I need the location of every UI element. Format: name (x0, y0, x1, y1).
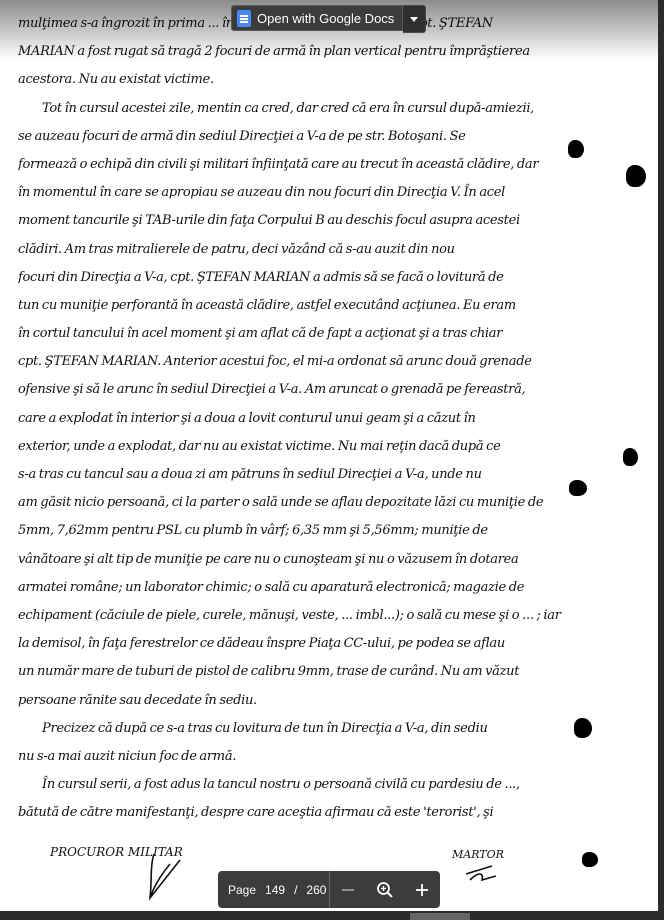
plus-icon (415, 883, 429, 897)
zoom-in-button[interactable] (411, 879, 433, 901)
text-line: MARIAN a fost rugat să tragă 2 focuri de… (18, 38, 618, 66)
magnifier-zoom-icon (376, 881, 394, 899)
text-line: care a explodat în interior şi a doua a … (18, 405, 618, 433)
zoom-out-button[interactable] (337, 879, 359, 901)
text-line: se auzeau focuri de armă din sediul Dire… (18, 123, 618, 151)
text-line: nu s-a mai auzit niciun foc de armă. (18, 743, 618, 771)
ink-blot (574, 718, 592, 738)
document-page: mulţimea s-a îngrozit în prima ... în mo… (0, 0, 658, 911)
text-line: armatei române; un laborator chimic; o s… (18, 574, 618, 602)
page-indicator: Page 149 / 260 (218, 871, 330, 908)
text-line: echipament (căciule de piele, curele, mă… (18, 602, 618, 630)
text-line: în cortul tancului în acel moment şi am … (18, 320, 618, 348)
text-line: cpt. ŞTEFAN MARIAN. Anterior acestui foc… (18, 348, 618, 376)
scrollbar-thumb[interactable] (410, 913, 470, 920)
open-with-google-docs-button[interactable]: Open with Google Docs (231, 5, 403, 31)
text-line: acestora. Nu au existat victime. (18, 66, 618, 94)
open-with-group: Open with Google Docs (231, 5, 426, 31)
ink-blot (626, 165, 646, 187)
fit-zoom-button[interactable] (374, 879, 396, 901)
text-line: un număr mare de tuburi de pistol de cal… (18, 658, 618, 686)
text-line: persoane rănite sau decedate în sediu. (18, 687, 618, 715)
page-toolbar: Page 149 / 260 (218, 871, 440, 908)
text-line: În cursul serii, a fost adus la tancul n… (18, 771, 618, 799)
text-line: ofensive şi să le arunc în sediul Direcţ… (18, 376, 618, 404)
text-line: formează o echipă din civili şi militari… (18, 151, 618, 179)
caret-down-icon (410, 17, 418, 22)
text-line: exterior, unde a explodat, dar nu au exi… (18, 433, 618, 461)
text-line: Tot în cursul acestei zile, mentin ca cr… (18, 95, 618, 123)
vertical-scrollbar[interactable] (658, 0, 664, 920)
open-with-label: Open with Google Docs (257, 11, 394, 26)
text-line: focuri din Direcţia a V-a, cpt. ŞTEFAN M… (18, 264, 618, 292)
page-separator: / (294, 883, 297, 897)
ink-blot (569, 480, 587, 496)
open-with-dropdown-button[interactable] (403, 5, 426, 33)
handwritten-text: mulţimea s-a îngrozit în prima ... în mo… (18, 10, 618, 827)
google-docs-icon (237, 10, 251, 27)
text-line: 5mm, 7,62mm pentru PSL cu plumb în vârf;… (18, 517, 618, 545)
horizontal-scrollbar[interactable] (0, 911, 664, 920)
text-line: tun cu muniţie perforantă în această clă… (18, 292, 618, 320)
total-pages: 260 (306, 883, 326, 897)
signature-scribble-prosecutor (140, 846, 200, 906)
text-line: bătută de către manifestanţi, despre car… (18, 799, 618, 827)
text-line: la demisol, în faţa ferestrelor ce dădea… (18, 630, 618, 658)
ink-blot (568, 140, 584, 158)
page-label: Page (228, 883, 256, 897)
text-line: Precizez că după ce s-a tras cu lovitura… (18, 715, 618, 743)
text-line: am găsit nicio persoană, ci la parter o … (18, 489, 618, 517)
text-line: s-a tras cu tancul sau a doua zi am pătr… (18, 461, 618, 489)
minus-icon (341, 883, 355, 897)
ink-blot (582, 852, 598, 867)
signature-scribble-witness (462, 860, 502, 885)
text-line: moment tancurile şi TAB-urile din faţa C… (18, 207, 618, 235)
text-line: vânătoare şi alt tip de muniţie pe care … (18, 546, 618, 574)
text-line: clădiri. Am tras mitralierele de patru, … (18, 236, 618, 264)
current-page[interactable]: 149 (265, 883, 285, 897)
ink-blot (623, 448, 638, 466)
text-line: în momentul în care se apropiau se auzea… (18, 179, 618, 207)
